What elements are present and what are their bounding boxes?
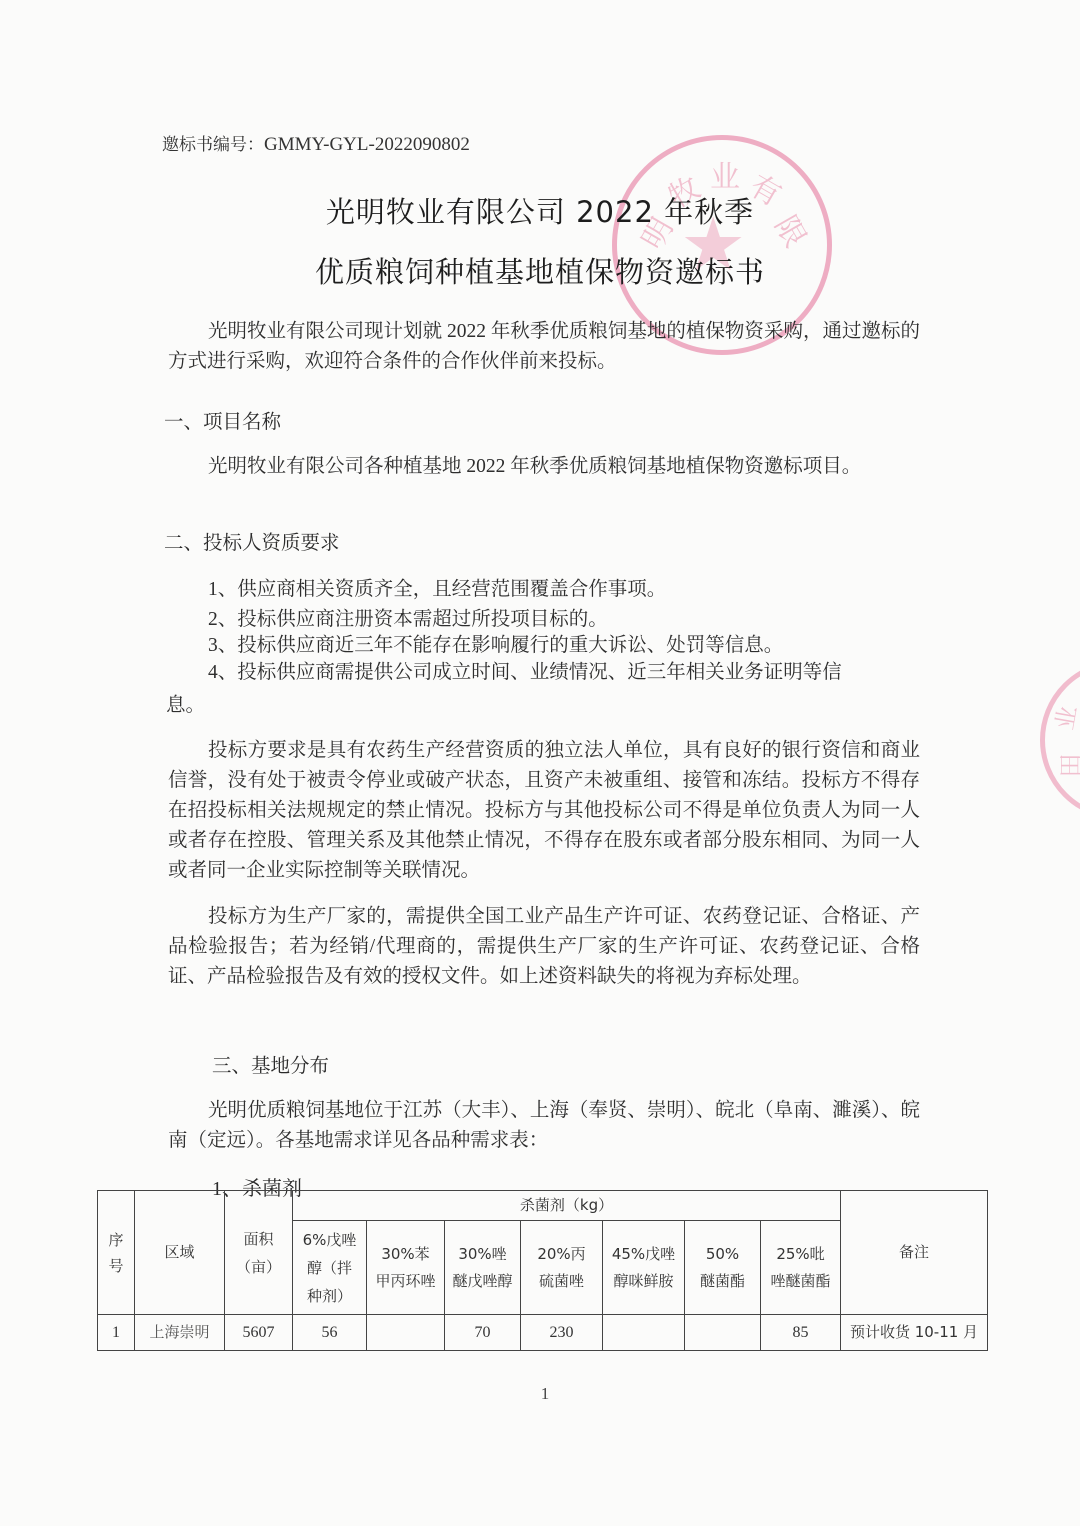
cell-value <box>367 1315 445 1351</box>
header-area: 面积（亩） <box>225 1191 293 1315</box>
cell-value: 70 <box>445 1315 521 1351</box>
section1-body: 光明牧业有限公司各种植基地 2022 年秋季优质粮饲基地植保物资邀标项目。 <box>168 452 928 482</box>
cell-value: 85 <box>761 1315 841 1351</box>
cell-value <box>685 1315 761 1351</box>
fungicide-table: 序号 区域 面积（亩） 杀菌剂（kg） 备注 6%戊唑醇（拌种剂） 30%苯甲丙… <box>97 1190 988 1351</box>
doc-number-label: 邀标书编号： <box>162 135 264 155</box>
cell-seq: 1 <box>98 1315 135 1351</box>
requirement-item: 3、投标供应商近三年不能存在影响履行的重大诉讼、处罚等信息。 <box>208 631 783 661</box>
edge-seal-char: 田 <box>1051 754 1080 778</box>
header-product: 30%苯甲丙环唑 <box>367 1221 445 1315</box>
cell-value: 56 <box>293 1315 367 1351</box>
cell-area: 5607 <box>225 1315 293 1351</box>
section1-heading: 一、项目名称 <box>164 406 281 434</box>
header-product: 30%唑醚戊唑醇 <box>445 1221 521 1315</box>
header-remark: 备注 <box>841 1191 988 1315</box>
edge-seal <box>1040 660 1080 820</box>
page-title-line2: 优质粮饲种植基地植保物资邀标书 <box>0 250 1080 291</box>
bidder-requirements-paragraph: 投标方要求是具有农药生产经营资质的独立法人单位，具有良好的银行资信和商业信誉，没… <box>168 736 920 886</box>
page-title-line1: 光明牧业有限公司 2022 年秋季 <box>0 190 1080 231</box>
doc-number: 邀标书编号：GMMY-GYL-2022090802 <box>162 130 470 156</box>
cell-region: 上海崇明 <box>135 1315 225 1351</box>
doc-number-value: GMMY-GYL-2022090802 <box>264 134 470 155</box>
header-fungicide-group: 杀菌剂（kg） <box>293 1191 841 1221</box>
header-seq: 序号 <box>98 1191 135 1315</box>
header-region: 区域 <box>135 1191 225 1315</box>
header-product: 6%戊唑醇（拌种剂） <box>293 1221 367 1315</box>
requirement-item: 1、供应商相关资质齐全，且经营范围覆盖合作事项。 <box>208 575 666 605</box>
intro-paragraph: 光明牧业有限公司现计划就 2022 年秋季优质粮饲基地的植保物资采购，通过邀标的… <box>168 317 920 377</box>
documents-paragraph: 投标方为生产厂家的，需提供全国工业产品生产许可证、农药登记证、合格证、产品检验报… <box>168 902 920 992</box>
table-row: 1 上海崇明 5607 56 70 230 85 预计收货 10-11 月 <box>98 1315 988 1351</box>
section3-heading: 三、基地分布 <box>212 1050 329 1078</box>
edge-seal-char: 业 <box>1045 703 1080 733</box>
header-product: 45%戊唑醇咪鲜胺 <box>603 1221 685 1315</box>
cell-remark: 预计收货 10-11 月 <box>841 1315 988 1351</box>
requirement-item: 4、投标供应商需提供公司成立时间、业绩情况、近三年相关业务证明等信 <box>208 658 842 688</box>
header-product: 50%醚菌酯 <box>685 1221 761 1315</box>
section3-body: 光明优质粮饲基地位于江苏（大丰）、上海（奉贤、崇明）、皖北（阜南、濉溪）、皖南（… <box>168 1096 920 1156</box>
header-product: 25%吡唑醚菌酯 <box>761 1221 841 1315</box>
cell-value: 230 <box>521 1315 603 1351</box>
section2-heading: 二、投标人资质要求 <box>164 527 340 555</box>
header-product: 20%丙硫菌唑 <box>521 1221 603 1315</box>
page-number: 1 <box>0 1384 1080 1404</box>
cell-value <box>603 1315 685 1351</box>
requirement-item-continued: 息。 <box>166 691 205 721</box>
